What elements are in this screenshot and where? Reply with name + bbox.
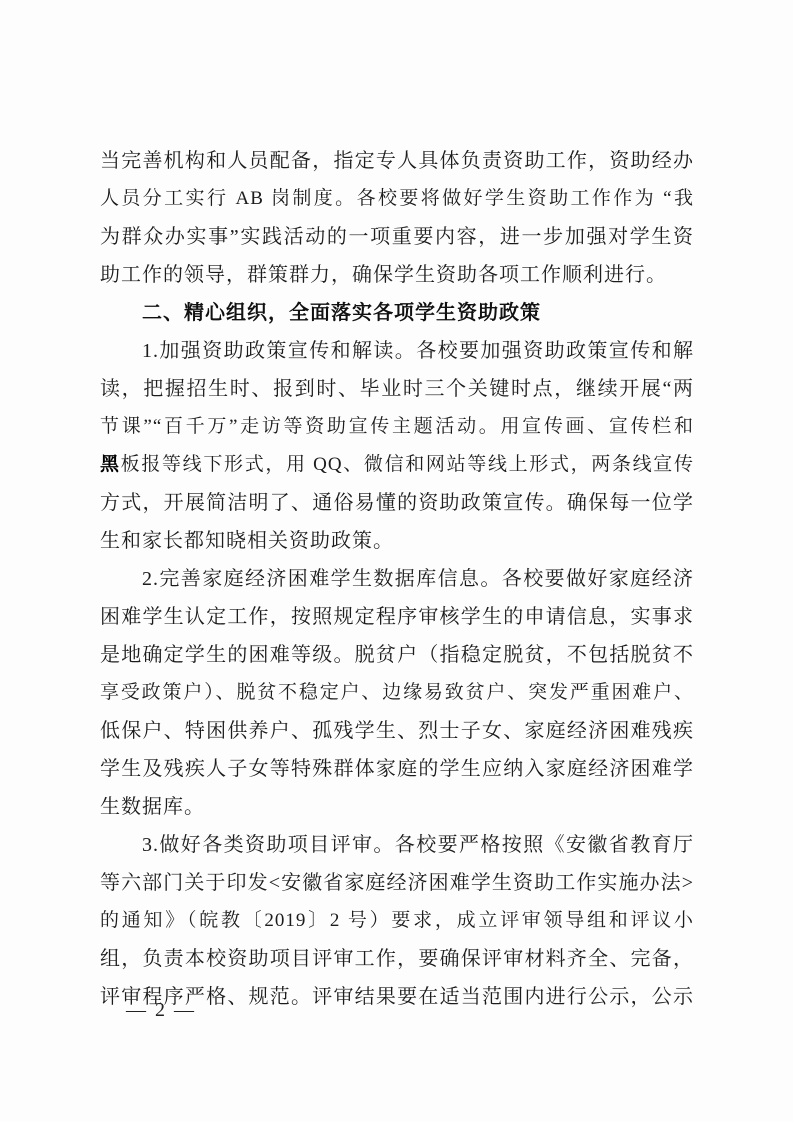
document-page: 当完善机构和人员配备，指定专人具体负责资助工作，资助经办人员分工实行 AB 岗制… — [0, 0, 793, 1122]
text-line: 人员分工实行 AB 岗制度。各校要将做好学生资助工作作为 “我 — [100, 180, 694, 218]
text-line: 享受政策户）、脱贫不稳定户、边缘易致贫户、突发严重困难户、 — [100, 674, 694, 712]
text-line: 的通知》（皖教〔2019〕2 号）要求，成立评审领导组和评议小 — [100, 902, 694, 940]
text-line: 困难学生认定工作，按照规定程序审核学生的申请信息，实事求 — [100, 598, 694, 636]
text-line: 助工作的领导，群策群力，确保学生资助各项工作顺利进行。 — [100, 256, 694, 294]
text-line: 为群众办实事”实践活动的一项重要内容，进一步加强对学生资 — [100, 218, 694, 256]
heading-line: 二、精心组织，全面落实各项学生资助政策 — [100, 294, 694, 332]
text-line: 生和家长都知晓相关资助政策。 — [100, 522, 694, 560]
text-line: 等六部门关于印发<安徽省家庭经济困难学生资助工作实施办法> — [100, 864, 694, 902]
text-line: 3.做好各类资助项目评审。各校要严格按照《安徽省教育厅 — [100, 826, 694, 864]
text-line: 黑板报等线下形式，用 QQ、微信和网站等线上形式，两条线宣传 — [100, 446, 694, 484]
text-line: 方式，开展简洁明了、通俗易懂的资助政策宣传。确保每一位学 — [100, 484, 694, 522]
text-line: 学生及残疾人子女等特殊群体家庭的学生应纳入家庭经济困难学 — [100, 750, 694, 788]
page-number: — 2 — — [126, 994, 196, 1026]
text-line: 组，负责本校资助项目评审工作，要确保评审材料齐全、完备， — [100, 940, 694, 978]
text-line: 节课”“百千万”走访等资助宣传主题活动。用宣传画、宣传栏和 — [100, 408, 694, 446]
text-line: 是地确定学生的困难等级。脱贫户（指稳定脱贫，不包括脱贫不 — [100, 636, 694, 674]
document-body: 当完善机构和人员配备，指定专人具体负责资助工作，资助经办人员分工实行 AB 岗制… — [100, 142, 694, 1016]
text-line: 生数据库。 — [100, 788, 694, 826]
text-line: 当完善机构和人员配备，指定专人具体负责资助工作，资助经办 — [100, 142, 694, 180]
text-line: 1.加强资助政策宣传和解读。各校要加强资助政策宣传和解 — [100, 332, 694, 370]
text-line: 2.完善家庭经济困难学生数据库信息。各校要做好家庭经济 — [100, 560, 694, 598]
text-line: 低保户、特困供养户、孤残学生、烈士子女、家庭经济困难残疾 — [100, 712, 694, 750]
text-line: 读，把握招生时、报到时、毕业时三个关键时点，继续开展“两 — [100, 370, 694, 408]
bold-first-char: 黑 — [100, 454, 121, 475]
